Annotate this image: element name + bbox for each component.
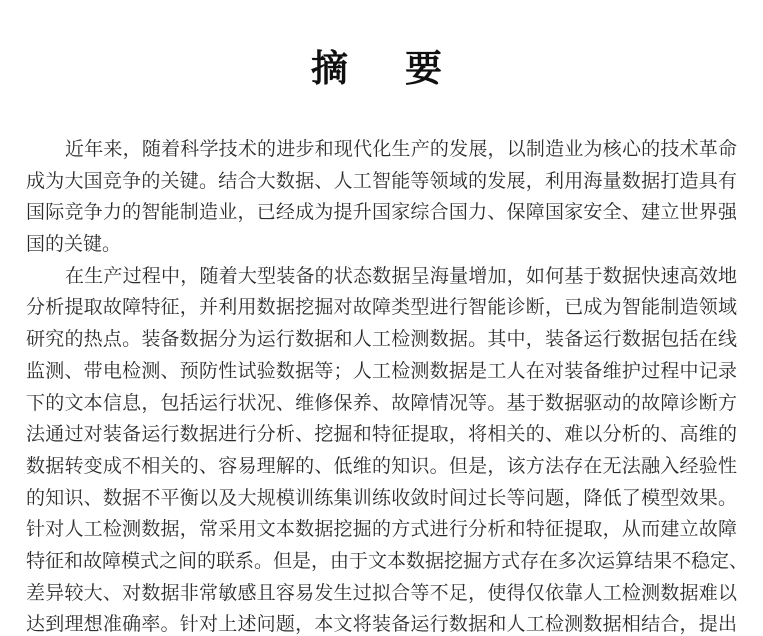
text-line: 下的文本信息，包括运行状况、维修保养、故障情况等。基于数据驱动的故障诊断方 — [26, 388, 737, 420]
text-line: 分析提取故障特征，并利用数据挖掘对故障类型进行智能诊断，已成为智能制造领域 — [26, 292, 737, 324]
text-line: 针对人工检测数据，常采用文本数据挖掘的方式进行分析和特征提取，从而建立故障 — [26, 514, 737, 546]
text-line: 研究的热点。装备数据分为运行数据和人工检测数据。其中，装备运行数据包括在线 — [26, 324, 737, 356]
text-line: 达到理想准确率。针对上述问题，本文将装备运行数据和人工检测数据相结合，提出 — [26, 609, 737, 636]
text-line: 差异较大、对数据非常敏感且容易发生过拟合等不足，使得仅依靠人工检测数据难以 — [26, 578, 737, 610]
abstract-body: 近年来，随着科学技术的进步和现代化生产的发展，以制造业为核心的技术革命 成为大国… — [26, 134, 737, 636]
paragraph: 在生产过程中，随着大型装备的状态数据呈海量增加，如何基于数据快速高效地 分析提取… — [26, 261, 737, 636]
text-line: 国际竞争力的智能制造业，已经成为提升国家综合国力、保障国家安全、建立世界强 — [26, 197, 737, 229]
text-line: 法通过对装备运行数据进行分析、挖掘和特征提取，将相关的、难以分析的、高维的 — [26, 419, 737, 451]
text-line: 数据转变成不相关的、容易理解的、低维的知识。但是，该方法存在无法融入经验性 — [26, 451, 737, 483]
page-title: 摘 要 — [0, 38, 763, 92]
document-page: 摘 要 近年来，随着科学技术的进步和现代化生产的发展，以制造业为核心的技术革命 … — [0, 0, 763, 636]
text-line: 特征和故障模式之间的联系。但是，由于文本数据挖掘方式存在多次运算结果不稳定、 — [26, 546, 737, 578]
text-line: 在生产过程中，随着大型装备的状态数据呈海量增加，如何基于数据快速高效地 — [26, 261, 737, 293]
paragraph: 近年来，随着科学技术的进步和现代化生产的发展，以制造业为核心的技术革命 成为大国… — [26, 134, 737, 261]
text-line: 国的关键。 — [26, 229, 737, 261]
text-line: 近年来，随着科学技术的进步和现代化生产的发展，以制造业为核心的技术革命 — [26, 134, 737, 166]
text-line: 的知识、数据不平衡以及大规模训练集训练收敛时间过长等问题，降低了模型效果。 — [26, 483, 737, 515]
text-line: 成为大国竞争的关键。结合大数据、人工智能等领域的发展，利用海量数据打造具有 — [26, 166, 737, 198]
text-line: 监测、带电检测、预防性试验数据等；人工检测数据是工人在对装备维护过程中记录 — [26, 356, 737, 388]
